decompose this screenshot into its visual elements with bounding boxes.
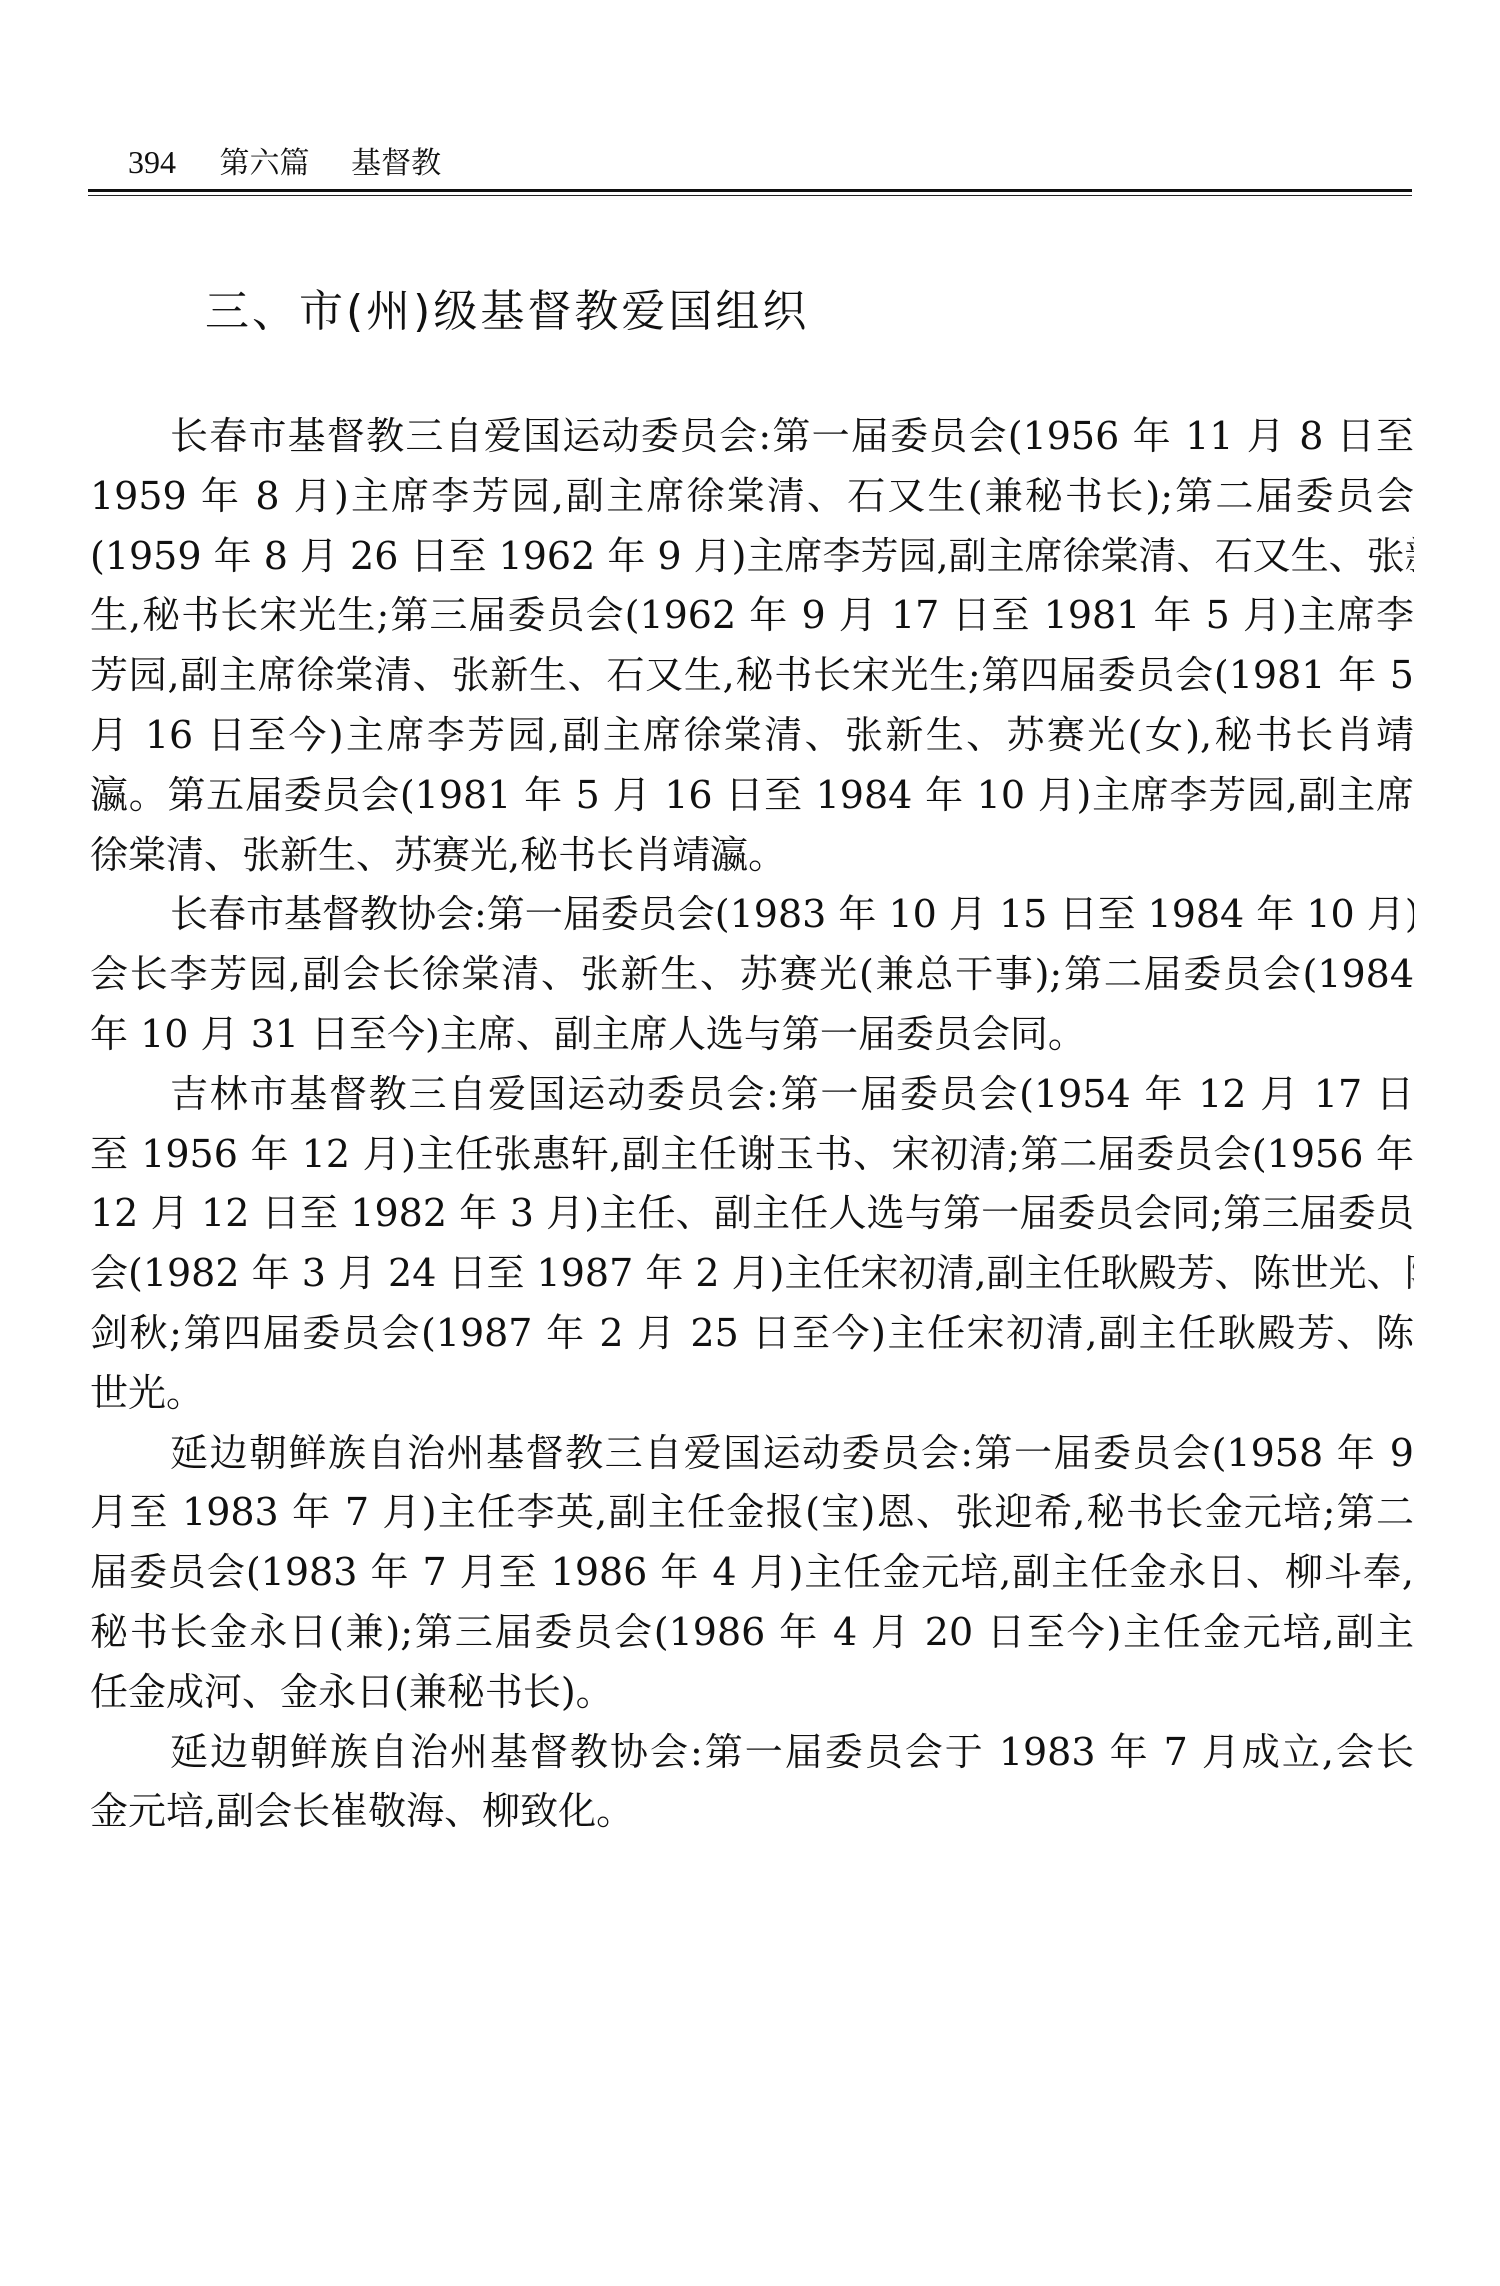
text-line: 延边朝鲜族自治州基督教三自爱国运动委员会:第一届委员会(1958 年 9 bbox=[90, 1424, 1414, 1484]
text-line: 徐棠清、张新生、苏赛光,秘书长肖靖瀛。 bbox=[90, 826, 1414, 886]
part-title: 第六篇 bbox=[220, 146, 310, 181]
section-title: 三、市(州)级基督教爱国组织 bbox=[205, 282, 809, 342]
body-text: 长春市基督教三自爱国运动委员会:第一届委员会(1956 年 11 月 8 日至1… bbox=[90, 407, 1414, 1842]
text-line: 1959 年 8 月)主席李芳园,副主席徐棠清、石又生(兼秘书长);第二届委员会 bbox=[90, 467, 1414, 527]
text-line: 长春市基督教三自爱国运动委员会:第一届委员会(1956 年 11 月 8 日至 bbox=[90, 407, 1414, 467]
chapter-title: 基督教 bbox=[351, 146, 441, 181]
text-line: 金元培,副会长崔敬海、柳致化。 bbox=[90, 1782, 1414, 1842]
text-line: 月 16 日至今)主席李芳园,副主席徐棠清、张新生、苏赛光(女),秘书长肖靖 bbox=[90, 706, 1414, 766]
header-rule-thick bbox=[88, 189, 1412, 192]
text-line: 会长李芳园,副会长徐棠清、张新生、苏赛光(兼总干事);第二届委员会(1984 bbox=[90, 945, 1414, 1005]
text-line: 瀛。第五届委员会(1981 年 5 月 16 日至 1984 年 10 月)主席… bbox=[90, 766, 1414, 826]
text-line: 生,秘书长宋光生;第三届委员会(1962 年 9 月 17 日至 1981 年 … bbox=[90, 586, 1414, 646]
paragraph: 延边朝鲜族自治州基督教协会:第一届委员会于 1983 年 7 月成立,会长金元培… bbox=[90, 1723, 1414, 1843]
page-number: 394 bbox=[128, 144, 176, 180]
text-line: 世光。 bbox=[90, 1364, 1414, 1424]
text-line: 芳园,副主席徐棠清、张新生、石又生,秘书长宋光生;第四届委员会(1981 年 5 bbox=[90, 646, 1414, 706]
running-head: 394 第六篇 基督教 bbox=[128, 142, 441, 182]
text-line: 月至 1983 年 7 月)主任李英,副主任金报(宝)恩、张迎希,秘书长金元培;… bbox=[90, 1483, 1414, 1543]
text-line: 吉林市基督教三自爱国运动委员会:第一届委员会(1954 年 12 月 17 日 bbox=[90, 1065, 1414, 1125]
paragraph: 吉林市基督教三自爱国运动委员会:第一届委员会(1954 年 12 月 17 日至… bbox=[90, 1065, 1414, 1424]
text-line: 至 1956 年 12 月)主任张惠轩,副主任谢玉书、宋初清;第二届委员会(19… bbox=[90, 1125, 1414, 1185]
text-line: (1959 年 8 月 26 日至 1962 年 9 月)主席李芳园,副主席徐棠… bbox=[90, 527, 1414, 587]
paragraph: 长春市基督教三自爱国运动委员会:第一届委员会(1956 年 11 月 8 日至1… bbox=[90, 407, 1414, 885]
text-line: 12 月 12 日至 1982 年 3 月)主任、副主任人选与第一届委员会同;第… bbox=[90, 1184, 1414, 1244]
header-rule-thin bbox=[88, 195, 1412, 196]
text-line: 延边朝鲜族自治州基督教协会:第一届委员会于 1983 年 7 月成立,会长 bbox=[90, 1723, 1414, 1783]
text-line: 秘书长金永日(兼);第三届委员会(1986 年 4 月 20 日至今)主任金元培… bbox=[90, 1603, 1414, 1663]
text-line: 长春市基督教协会:第一届委员会(1983 年 10 月 15 日至 1984 年… bbox=[90, 885, 1414, 945]
paragraph: 延边朝鲜族自治州基督教三自爱国运动委员会:第一届委员会(1958 年 9月至 1… bbox=[90, 1424, 1414, 1723]
text-line: 届委员会(1983 年 7 月至 1986 年 4 月)主任金元培,副主任金永日… bbox=[90, 1543, 1414, 1603]
paragraph: 长春市基督教协会:第一届委员会(1983 年 10 月 15 日至 1984 年… bbox=[90, 885, 1414, 1064]
text-line: 剑秋;第四届委员会(1987 年 2 月 25 日至今)主任宋初清,副主任耿殿芳… bbox=[90, 1304, 1414, 1364]
text-line: 年 10 月 31 日至今)主席、副主席人选与第一届委员会同。 bbox=[90, 1005, 1414, 1065]
text-line: 会(1982 年 3 月 24 日至 1987 年 2 月)主任宋初清,副主任耿… bbox=[90, 1244, 1414, 1304]
text-line: 任金成河、金永日(兼秘书长)。 bbox=[90, 1663, 1414, 1723]
